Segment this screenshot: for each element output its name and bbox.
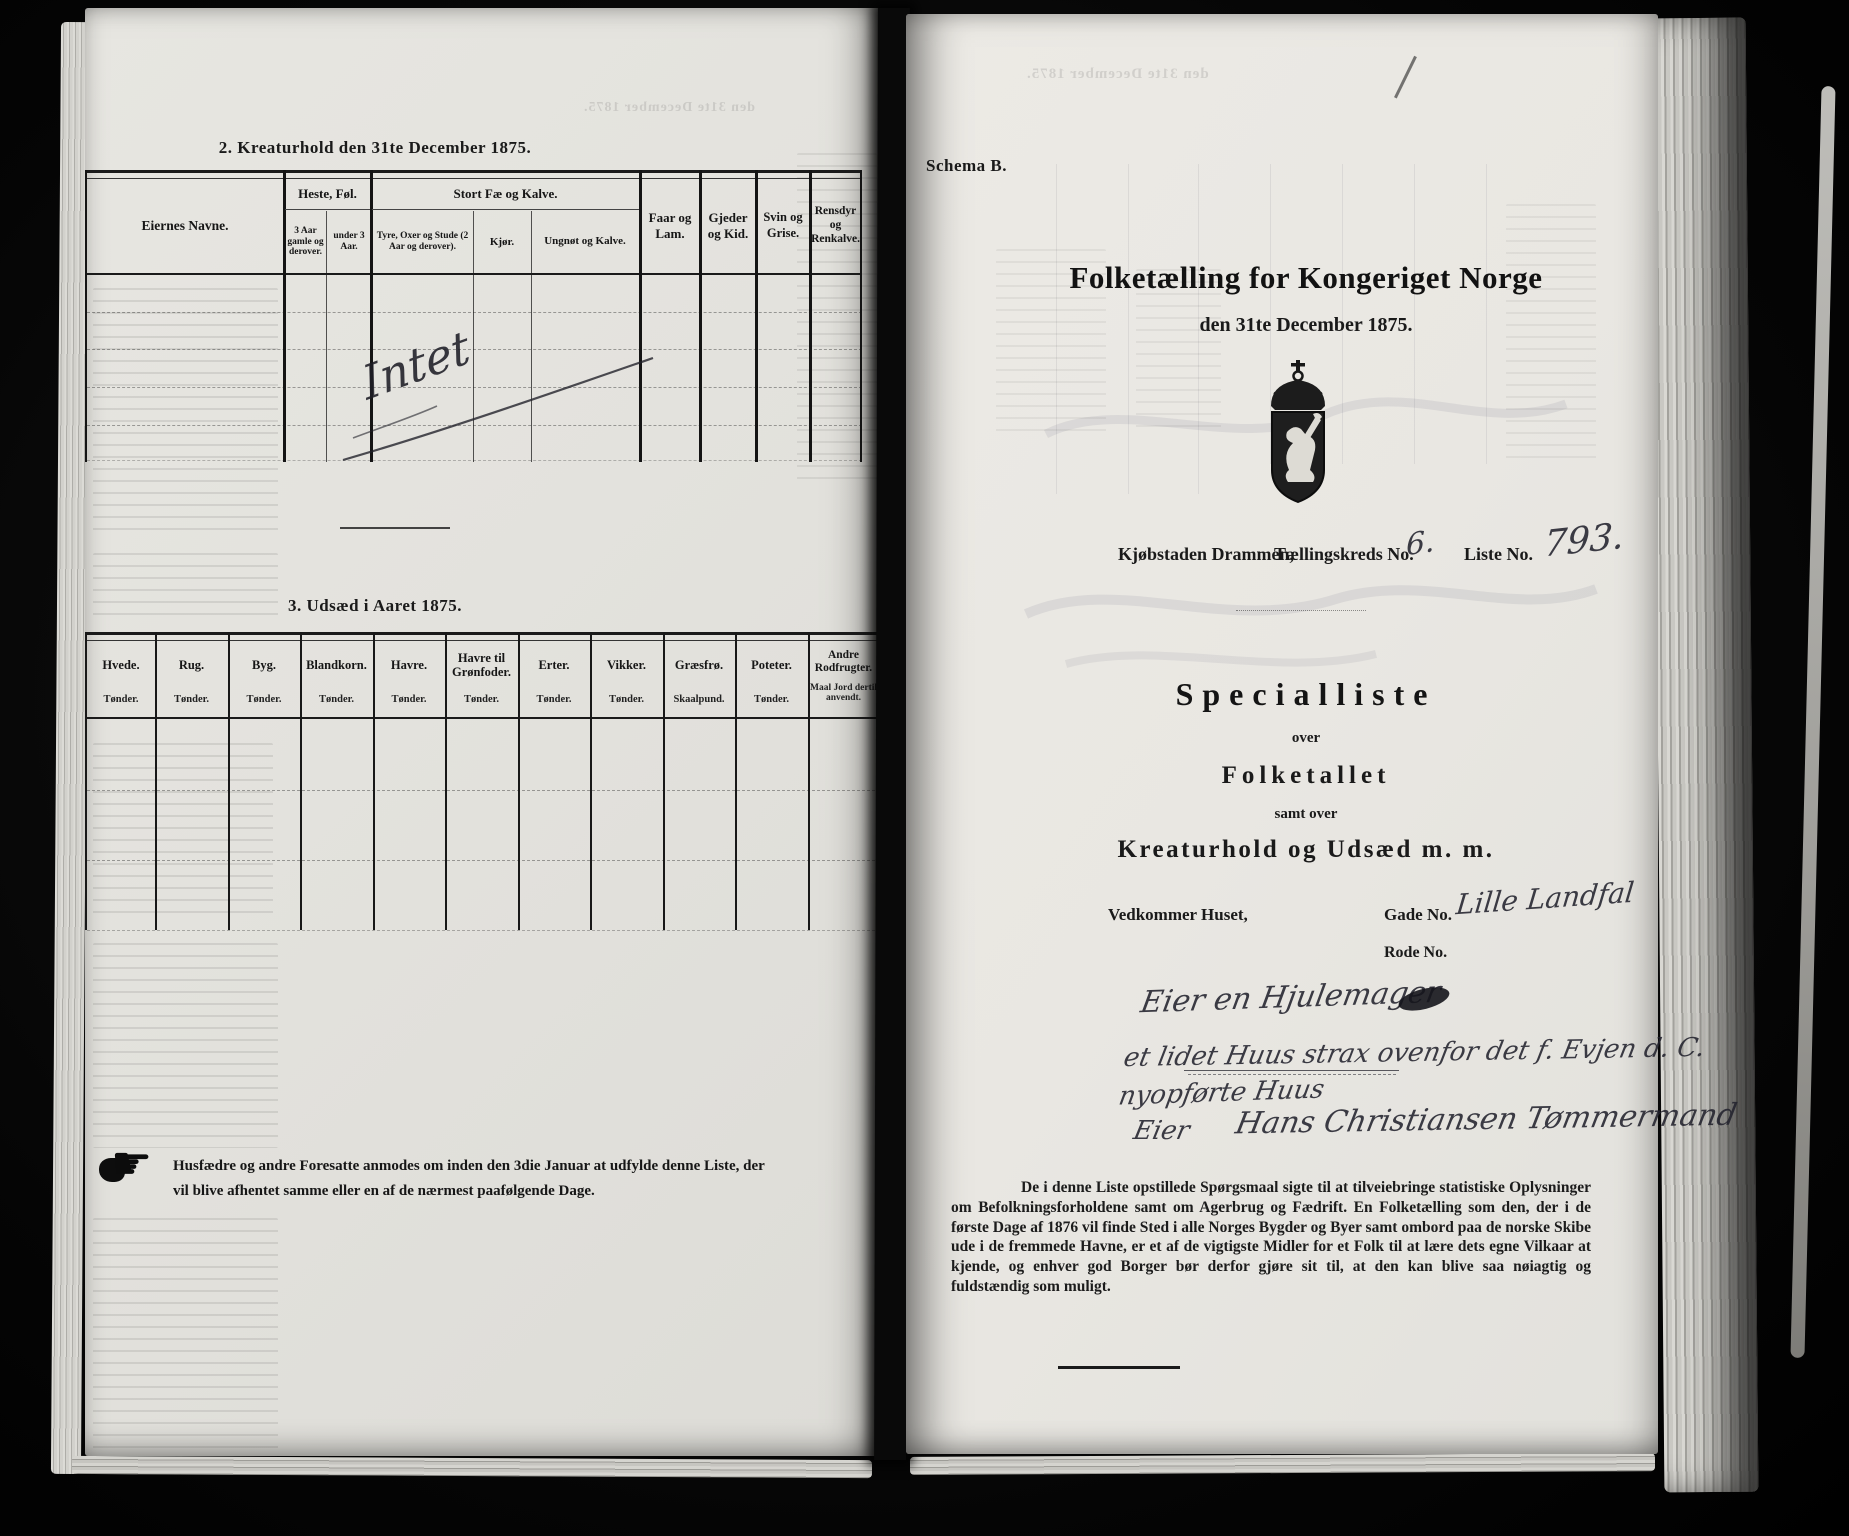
col-byg: Byg. (230, 644, 298, 688)
col-erter-unit: Tønder. (520, 694, 588, 705)
table-rule (87, 170, 862, 173)
right-page: den 31te December 1875. Schema B. Folket… (906, 14, 1658, 1454)
subtitle-samt-over: samt over (966, 806, 1646, 823)
pen-mark (1394, 56, 1416, 98)
column-header-svin-grise: Svin og Grise. (757, 182, 809, 270)
col-andre-rodfrugter-unit: Maal Jord dertil anvendt. (810, 684, 877, 704)
col-graesfro-unit: Skaalpund. (665, 694, 733, 705)
rode-label: Rode No. (1384, 944, 1447, 962)
column-header-ungnot-kalve: Ungnøt og Kalve. (531, 213, 639, 271)
left-page: den 31te December 1875. 2. Kreaturhold d… (85, 8, 883, 1456)
census-scan: den 31te December 1875. 2. Kreaturhold d… (0, 0, 1849, 1536)
table-row-line (87, 790, 880, 791)
district-label: Tællingskreds No. (1274, 544, 1414, 565)
column-header-rensdyr: Rensdyr og Renkalve. (811, 182, 860, 270)
bleed-through-text (93, 288, 278, 540)
bleed-through-text (93, 943, 278, 1148)
handwritten-intet: Intet (358, 319, 475, 411)
table-row-line (87, 425, 862, 426)
col-andre-rodfrugter: Andre Rodfrugter. (810, 642, 877, 682)
manicule-icon: ☛ (111, 1136, 152, 1190)
subtitle-folketallet: Folketallet (966, 762, 1646, 790)
list-label: Liste No. (1464, 544, 1533, 565)
table-rule (372, 209, 639, 210)
section-rule (1058, 1366, 1180, 1369)
col-hvede-unit: Tønder. (89, 694, 153, 705)
table-rule (87, 640, 880, 641)
date-line: den 31te December 1875. (966, 314, 1646, 337)
col-havre-unit: Tønder. (375, 694, 443, 705)
subtitle-over: over (966, 730, 1646, 747)
stray-mark (340, 527, 450, 529)
book-gutter (874, 8, 910, 1460)
col-vikker: Vikker. (592, 644, 661, 688)
handwritten-underline (1184, 1070, 1399, 1071)
table-row-line (87, 930, 880, 931)
column-header-kjor: Kjør. (473, 213, 531, 271)
col-blandkorn-unit: Tønder. (302, 694, 371, 705)
footnote-text: Husfædre og andre Foresatte anmodes om i… (173, 1154, 773, 1204)
udsaed-title: 3. Udsæd i Aaret 1875. (125, 596, 625, 616)
bleed-through-date: den 31te December 1875. (1026, 66, 1209, 83)
col-rug-unit: Tønder. (157, 694, 226, 705)
book-cover-edge (1790, 86, 1835, 1358)
col-poteter: Poteter. (737, 644, 806, 688)
table-row-line (87, 387, 862, 388)
gade-label: Gade No. (1384, 905, 1452, 925)
subtitle-kreaturhold: Kreaturhold og Udsæd m. m. (966, 836, 1646, 864)
column-header-gjeder-kid: Gjeder og Kid. (701, 182, 755, 270)
kreaturhold-title: 2. Kreaturhold den 31te December 1875. (125, 138, 625, 158)
col-rug: Rug. (157, 644, 226, 688)
column-header-faar-lam: Faar og Lam. (641, 182, 699, 270)
column-header-eiernes-navne: Eiernes Navne. (87, 182, 283, 270)
info-paragraph: De i denne Liste opstillede Spørgsmaal s… (951, 1178, 1591, 1297)
col-havre-gronfoder: Havre til Grønfoder. (447, 644, 516, 688)
table-row-line (87, 312, 862, 313)
col-poteter-unit: Tønder. (737, 694, 806, 705)
col-havre: Havre. (375, 644, 443, 688)
col-havre-gronfoder-unit: Tønder. (447, 694, 516, 705)
column-header-heste-under3: under 3 Aar. (328, 213, 370, 271)
table-row-line (87, 460, 862, 461)
table-row-line (87, 349, 862, 350)
col-hvede: Hvede. (89, 644, 153, 688)
page-stack-edge-right (1652, 18, 1759, 1493)
table-rule (87, 273, 862, 275)
subtitle-specialliste: Specialliste (966, 676, 1646, 713)
column-header-tyre-oxer: Tyre, Oxer og Stude (2 Aar og derover). (372, 213, 473, 271)
table-row-line (87, 860, 880, 861)
column-group-heste: Heste, Føl. (285, 186, 370, 202)
bleed-through-date: den 31te December 1875. (583, 100, 755, 116)
handwritten-line-1: Eier en Hjulemager (1138, 975, 1444, 1021)
main-title: Folketælling for Kongeriget Norge (966, 260, 1646, 296)
table-column-line (326, 211, 327, 462)
gade-value-handwritten: Lille Landfal (1454, 876, 1635, 922)
col-graesfro: Græsfrø. (665, 644, 733, 688)
col-erter: Erter. (520, 644, 588, 688)
table-rule (87, 717, 880, 719)
table-rule (87, 632, 880, 635)
coat-of-arms (1258, 360, 1338, 510)
vedkommer-label: Vedkommer Huset, (1108, 905, 1248, 925)
district-number-handwritten: 6. (1406, 524, 1434, 563)
list-number-handwritten: 793. (1543, 516, 1626, 566)
table-rule (87, 178, 862, 179)
page-stack-edge-bottom-right (910, 1453, 1655, 1475)
column-group-stort-fae: Stort Fæ og Kalve. (372, 186, 639, 202)
col-blandkorn: Blandkorn. (302, 644, 371, 688)
table-rule (285, 209, 370, 210)
table-column-line (860, 170, 862, 462)
dotted-rule (1236, 610, 1366, 611)
table-column-line (85, 632, 87, 930)
schema-label: Schema B. (926, 156, 1007, 176)
handwritten-line-2: et lidet Huus strax ovenfor det f. Evjen… (1121, 1033, 1708, 1073)
col-byg-unit: Tønder. (230, 694, 298, 705)
handwritten-line-4-eier: Eier (1131, 1116, 1193, 1146)
city-label: Kjøbstaden Drammen, (1118, 544, 1294, 565)
bleed-through-text (93, 1218, 278, 1453)
col-vikker-unit: Tønder. (592, 694, 661, 705)
column-header-heste-3aar: 3 Aar gamle og derover. (285, 213, 326, 271)
bleed-through-text (93, 743, 273, 923)
page-stack-edge-bottom-left (72, 1456, 872, 1478)
